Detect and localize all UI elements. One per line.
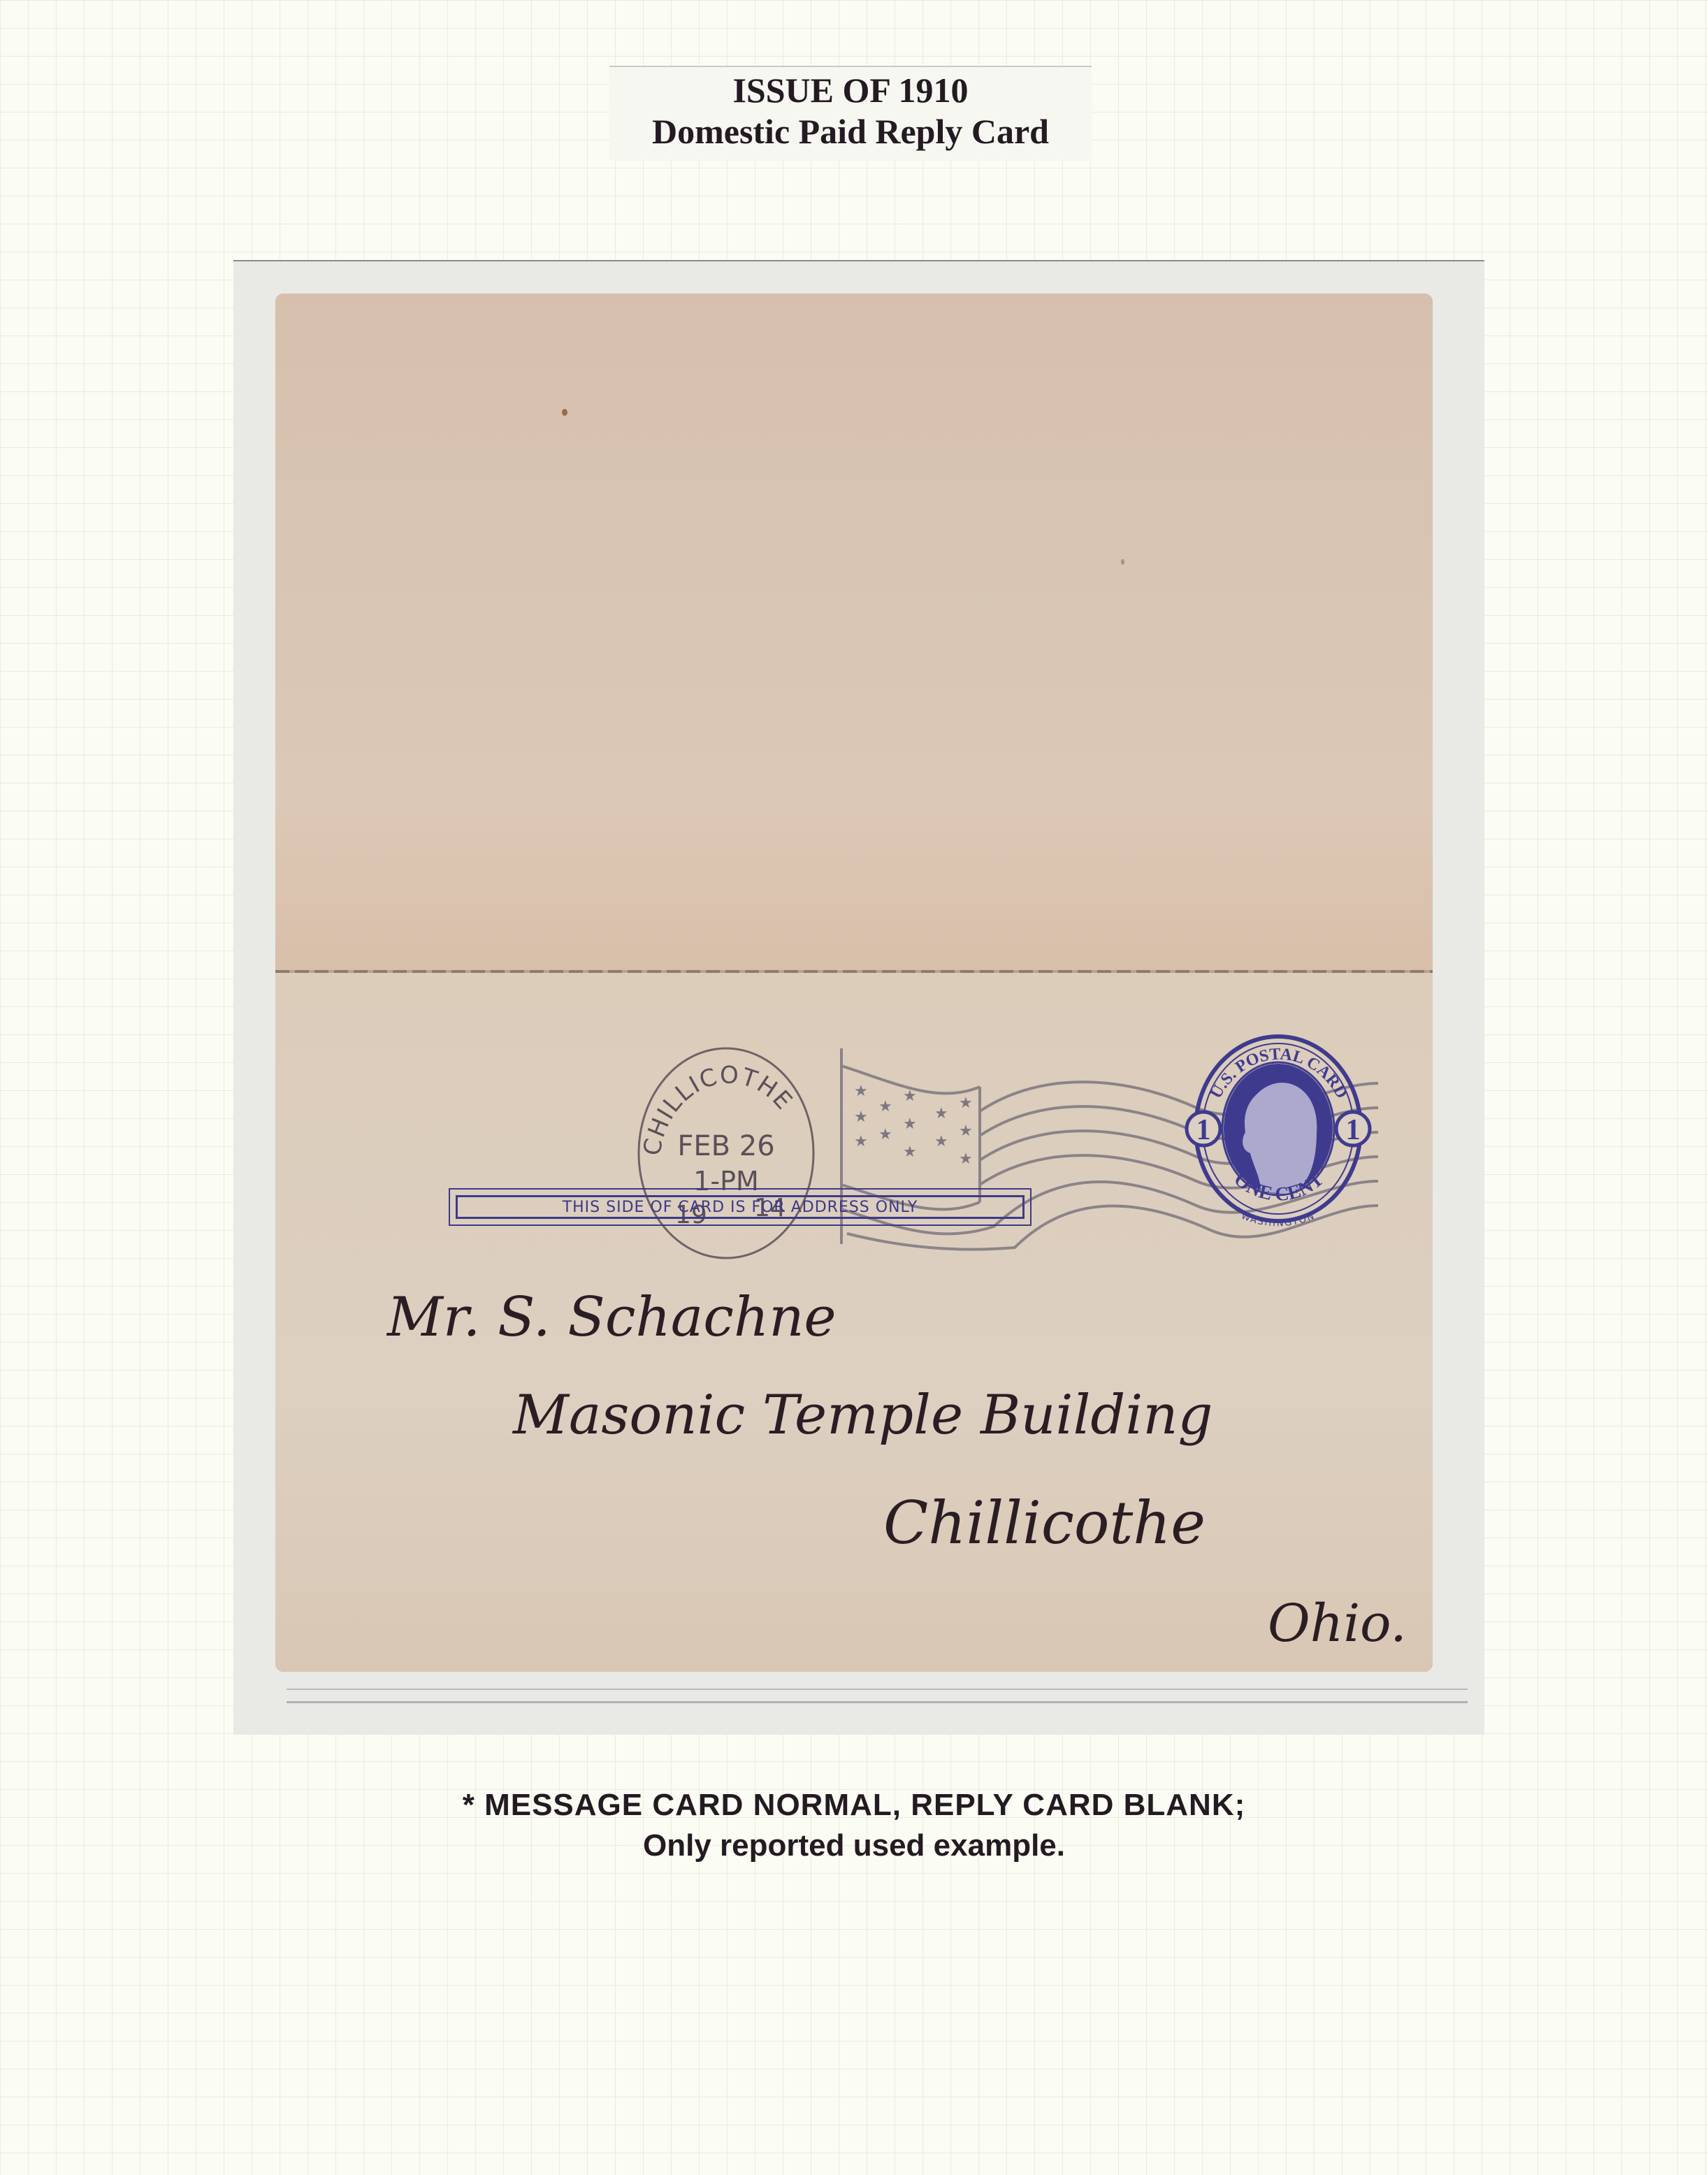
svg-text:★: ★ xyxy=(934,1105,948,1122)
foxing-spot xyxy=(562,409,567,416)
addressee-name: Mr. S. Schachne xyxy=(387,1286,837,1349)
reply-card-half xyxy=(275,294,1433,971)
value-right: 1 xyxy=(1346,1114,1361,1146)
svg-text:★: ★ xyxy=(878,1126,892,1143)
address-building: Masonic Temple Building xyxy=(513,1384,1213,1447)
svg-text:★: ★ xyxy=(903,1087,917,1105)
mount-edge-line xyxy=(287,1689,1468,1690)
foxing-spot xyxy=(1121,559,1124,565)
svg-text:★: ★ xyxy=(854,1083,868,1100)
value-left: 1 xyxy=(1196,1114,1211,1146)
svg-text:★: ★ xyxy=(934,1133,948,1150)
svg-text:★: ★ xyxy=(903,1143,917,1161)
chillicothe-postmark: CHILLICOTHE FEB 26 1-PM 19 14 xyxy=(632,1038,820,1269)
address-city: Chillicothe xyxy=(883,1489,1206,1557)
svg-text:★: ★ xyxy=(959,1122,973,1140)
caption-line-2: Only reported used example. xyxy=(0,1828,1708,1863)
svg-text:★: ★ xyxy=(854,1108,868,1126)
washington-indicia-icon: 1 1 U.S. POSTAL CARD ONE CENT WASHINGTON xyxy=(1163,1027,1394,1237)
svg-text:★: ★ xyxy=(878,1098,892,1115)
svg-text:★: ★ xyxy=(959,1150,973,1168)
issue-heading: ISSUE OF 1910 xyxy=(609,70,1092,110)
address-state: Ohio. xyxy=(1268,1594,1407,1654)
postmark-date: FEB 26 xyxy=(677,1130,774,1162)
exhibit-title-label: ISSUE OF 1910 Domestic Paid Reply Card xyxy=(609,66,1092,161)
caption-line-1: * MESSAGE CARD NORMAL, REPLY CARD BLANK; xyxy=(0,1788,1708,1823)
svg-text:★: ★ xyxy=(959,1094,973,1112)
card-type-heading: Domestic Paid Reply Card xyxy=(609,110,1092,152)
address-only-notice-text: THIS SIDE OF CARD IS FOR ADDRESS ONLY xyxy=(456,1195,1025,1219)
svg-text:★: ★ xyxy=(903,1115,917,1133)
postal-reply-card: CHILLICOTHE FEB 26 1-PM 19 14 ★★★ ★★ ★★★… xyxy=(275,294,1433,1672)
svg-text:★: ★ xyxy=(854,1133,868,1150)
mount-edge-line xyxy=(287,1701,1468,1703)
address-only-notice: THIS SIDE OF CARD IS FOR ADDRESS ONLY xyxy=(449,1188,1032,1226)
